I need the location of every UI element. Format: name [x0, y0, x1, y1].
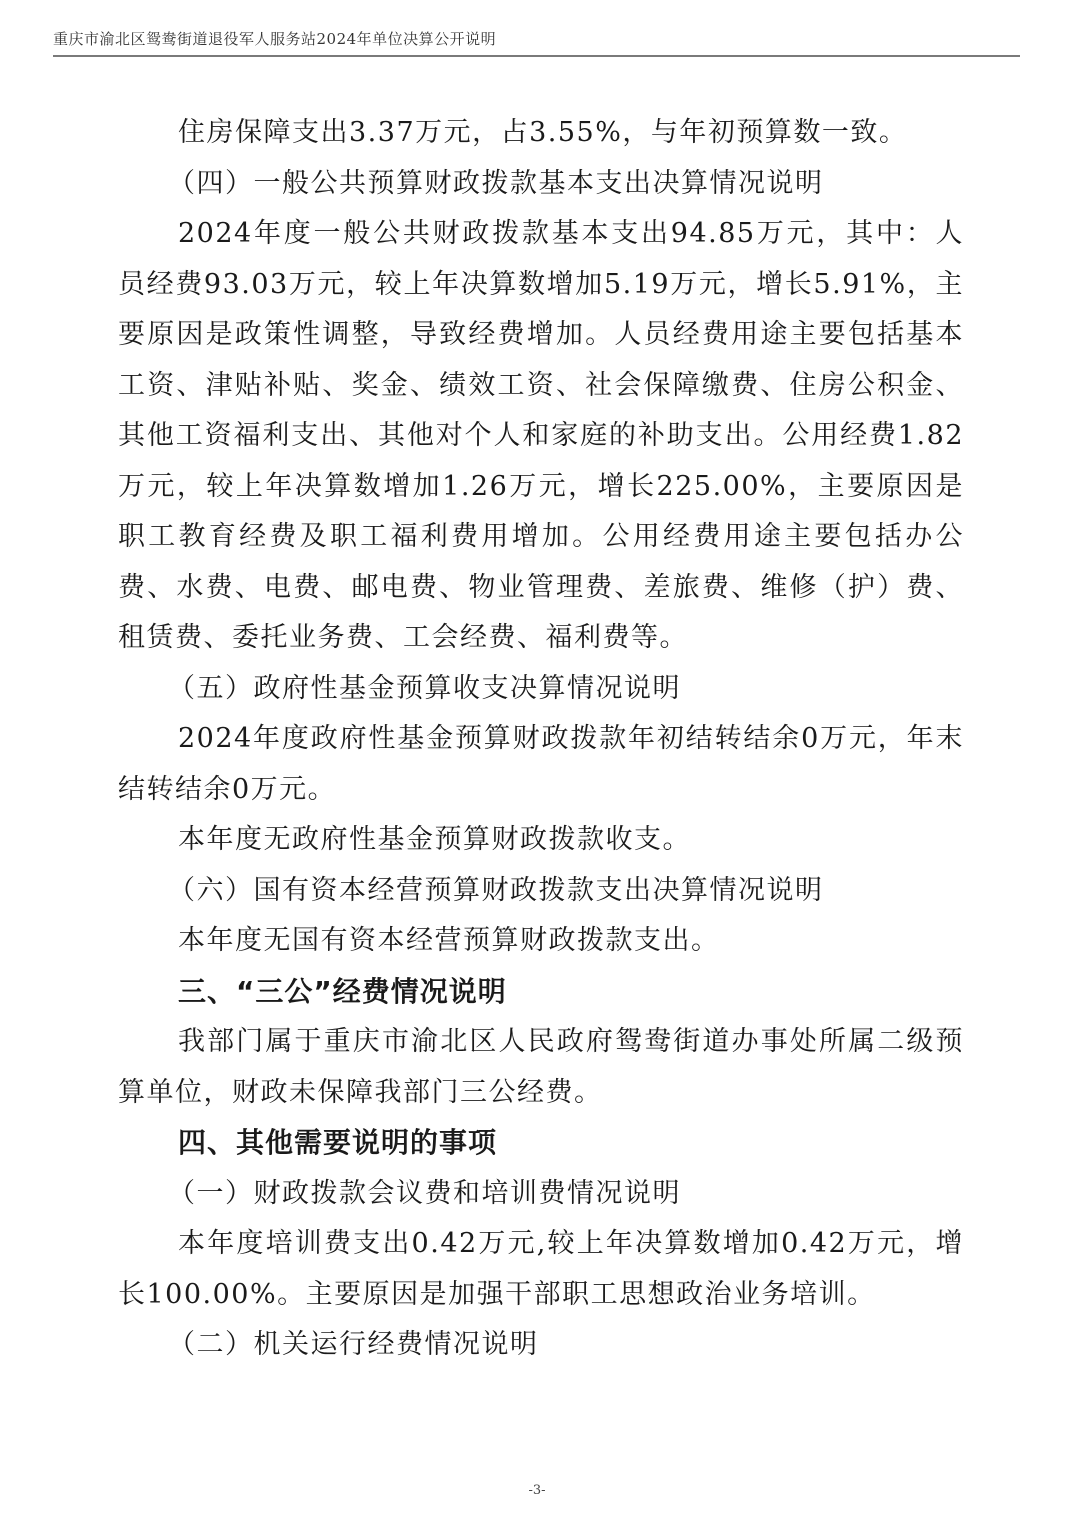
paragraph-basic-expenditure: 2024年度一般公共财政拨款基本支出94.85万元，其中：人员经费93.03万元… [118, 209, 964, 664]
paragraph-training-expenses: 本年度培训费支出0.42万元,较上年决算数增加0.42万元，增长100.00%。… [118, 1219, 964, 1320]
document-title: 重庆市渝北区鸳鸯街道退役军人服务站2024年单位决算公开说明 [53, 30, 496, 48]
paragraph-housing-expenditure: 住房保障支出3.37万元，占3.55%，与年初预算数一致。 [118, 108, 964, 159]
subsection-heading-meeting-training: （一）财政拨款会议费和培训费情况说明 [118, 1169, 964, 1220]
document-body: 住房保障支出3.37万元，占3.55%，与年初预算数一致。 （四）一般公共预算财… [118, 108, 964, 1371]
page-header: 重庆市渝北区鸳鸯街道退役军人服务站2024年单位决算公开说明 [53, 28, 1020, 57]
paragraph-three-public-expenses: 我部门属于重庆市渝北区人民政府鸳鸯街道办事处所属二级预算单位，财政未保障我部门三… [118, 1017, 964, 1118]
page-number: -3- [528, 1483, 545, 1498]
page-footer: -3- [0, 1483, 1074, 1498]
subsection-heading-operating-expenses: （二）机关运行经费情况说明 [118, 1320, 964, 1371]
section-heading-4: （四）一般公共预算财政拨款基本支出决算情况说明 [118, 159, 964, 210]
section-heading-5: （五）政府性基金预算收支决算情况说明 [118, 664, 964, 715]
paragraph-government-fund-balance: 2024年度政府性基金预算财政拨款年初结转结余0万元，年末结转结余0万元。 [118, 714, 964, 815]
paragraph-government-fund-none: 本年度无政府性基金预算财政拨款收支。 [118, 815, 964, 866]
part-heading-3: 三、“三公”经费情况说明 [118, 967, 964, 1018]
part-heading-4: 四、其他需要说明的事项 [118, 1118, 964, 1169]
paragraph-state-capital-none: 本年度无国有资本经营预算财政拨款支出。 [118, 916, 964, 967]
section-heading-6: （六）国有资本经营预算财政拨款支出决算情况说明 [118, 866, 964, 917]
